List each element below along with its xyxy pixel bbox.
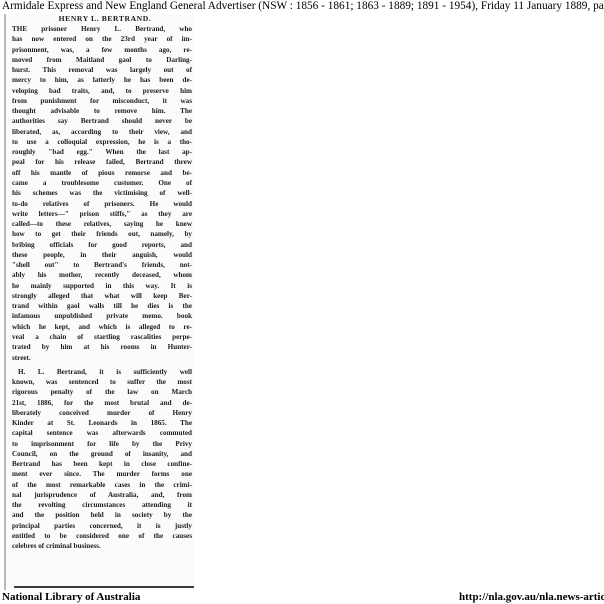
article-line: nal jurisprudence of Australia, and, fro… [12, 490, 192, 500]
article-paragraph-1: THE prisoner Henry L. Bertrand, whohas n… [12, 24, 192, 363]
article-line: how to get their friends out, namely, by [12, 229, 192, 239]
article-line: from punishment for misconduct, it was [12, 96, 192, 106]
article-line: infamous unpublished private memo. book [12, 311, 192, 321]
article-line: 21st, 1886, for the most brutal and de- [12, 398, 192, 408]
article-line: ment ever since. The murder forms one [12, 469, 192, 479]
article-line: known, was sentenced to suffer the most [12, 377, 192, 387]
article-line: the revolting circumstances attending it [12, 500, 192, 510]
article-line: veal a chain of startling rascalities pe… [12, 332, 192, 342]
article-line: celebres of criminal business. [12, 541, 192, 551]
article-line: came a troublesome customer. One of [12, 178, 192, 188]
page-citation-header: Armidale Express and New England General… [2, 0, 604, 13]
article-line: of the most remarkable cases in the crim… [12, 480, 192, 490]
article-line: he mainly supported in this way. It is [12, 281, 192, 291]
article-line: bribing officials for good reports, and [12, 240, 192, 250]
footer-source: National Library of Australia [2, 591, 140, 603]
article-line: Council, on the ground of insanity, and [12, 449, 192, 459]
article-line: mercy to him, as latterly he has been de… [12, 75, 192, 85]
article-line: veloping bad traits, and, to preserve hi… [12, 86, 192, 96]
article-line: principal parties concerned, it is justl… [12, 521, 192, 531]
article-line: street. [12, 353, 192, 363]
article-line: authorities say Bertrand should never be [12, 116, 192, 126]
article-line: peal for his release failed, Bertrand th… [12, 157, 192, 167]
article-line: trated by him at his rooms in Hunter- [12, 342, 192, 352]
article-line: write letters—" prison stiffs," as they … [12, 209, 192, 219]
article-line: to imprisonment for life by the Privy [12, 439, 192, 449]
article-line: moved from Maitland gaol to Darling- [12, 55, 192, 65]
article-line: hurst. This removal was largely out of [12, 65, 192, 75]
article-line: to-do relatives of prisoners. He would [12, 199, 192, 209]
article-line: prisonment, was, a few months ago, re- [12, 45, 192, 55]
article-paragraph-2: H. L. Bertrand, it is sufficiently wellk… [12, 367, 192, 552]
article-line: thought advisable to remove him. The [12, 106, 192, 116]
article-line: Bertrand has been kept in close confine- [12, 459, 192, 469]
article-line: Kinder at St. Leonards in 1865. The [12, 418, 192, 428]
article-line: trand within gaol walls till he dies is … [12, 301, 192, 311]
article-line: has now entered on the 23rd year of im- [12, 34, 192, 44]
article-line: and the position held in society by the [12, 510, 192, 520]
article-line: liberately conceived murder of Henry [12, 408, 192, 418]
article-line: to use a colloquial expression, he is a … [12, 137, 192, 147]
article-line: which he kept, and which is alleged to r… [12, 322, 192, 332]
article-title: HENRY L. BERTRAND. [6, 14, 194, 24]
article-line: rigorous penalty of the law on March [12, 387, 192, 397]
article-line: liberated, as, according to their view, … [12, 127, 192, 137]
article-body: THE prisoner Henry L. Bertrand, whohas n… [12, 24, 192, 552]
footer-url-link[interactable]: http://nla.gov.au/nla.news-artic [459, 591, 604, 603]
article-line: "shell out" to Bertrand's friends, not- [12, 260, 192, 270]
article-line: capital sentence was afterwards commuted [12, 428, 192, 438]
article-line: these people, in their anguish, would [12, 250, 192, 260]
article-line: H. L. Bertrand, it is sufficiently well [12, 367, 192, 377]
article-line: entitled to be considered one of the cau… [12, 531, 192, 541]
article-line: roughly "bad egg." When the last ap- [12, 147, 192, 157]
article-line: his schemes was the victimising of well- [12, 188, 192, 198]
article-line: ably his mother, recently deceased, whom [12, 270, 192, 280]
article-line: strongly alleged that what will keep Ber… [12, 291, 192, 301]
article-line: called—to these relatives, saying he kne… [12, 219, 192, 229]
article-line: THE prisoner Henry L. Bertrand, who [12, 24, 192, 34]
article-line: off his mantle of pious remorse and be- [12, 168, 192, 178]
newspaper-clipping: HENRY L. BERTRAND. THE prisoner Henry L.… [4, 14, 194, 590]
article-end-rule [14, 586, 194, 588]
